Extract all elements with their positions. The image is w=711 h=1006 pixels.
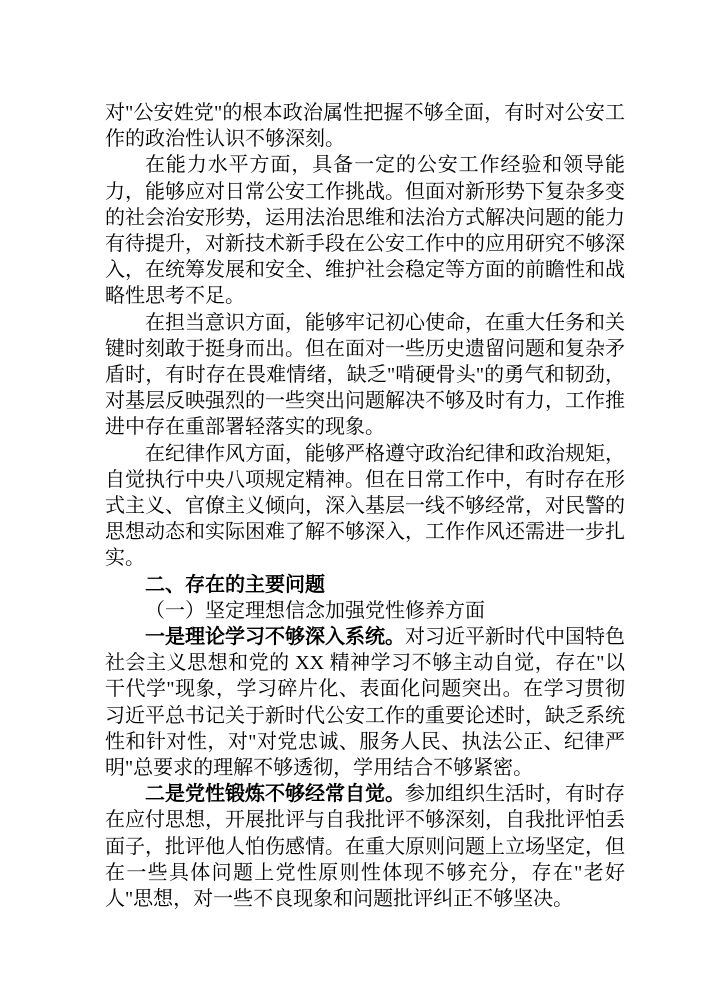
paragraph: 对"公安姓党"的根本政治属性把握不够全面，有时对公安工作的政治性认识不够深刻。 — [105, 100, 625, 152]
paragraph-lead-emphasis: 一是理论学习不够深入系统。 — [145, 626, 405, 648]
paragraph-lead-emphasis: 二是党性锻炼不够经常自觉。 — [145, 783, 405, 805]
paragraph: 在能力水平方面，具备一定的公安工作经验和领导能力，能够应对日常公安工作挑战。但面… — [105, 152, 625, 309]
section-heading: 二、存在的主要问题 — [105, 572, 625, 598]
paragraph: 一是理论学习不够深入系统。对习近平新时代中国特色社会主义思想和党的 XX 精神学… — [105, 624, 625, 781]
document-content: 对"公安姓党"的根本政治属性把握不够全面，有时对公安工作的政治性认识不够深刻。在… — [105, 100, 625, 912]
paragraph: 在纪律作风方面，能够严格遵守政治纪律和政治规矩，自觉执行中央八项规定精神。但在日… — [105, 441, 625, 572]
document-page: 对"公安姓党"的根本政治属性把握不够全面，有时对公安工作的政治性认识不够深刻。在… — [0, 0, 711, 1006]
paragraph: 二是党性锻炼不够经常自觉。参加组织生活时，有时存在应付思想，开展批评与自我批评不… — [105, 781, 625, 912]
paragraph: 在担当意识方面，能够牢记初心使命，在重大任务和关键时刻敢于挺身而出。但在面对一些… — [105, 310, 625, 441]
subsection-heading: （一）坚定理想信念加强党性修养方面 — [105, 598, 625, 624]
